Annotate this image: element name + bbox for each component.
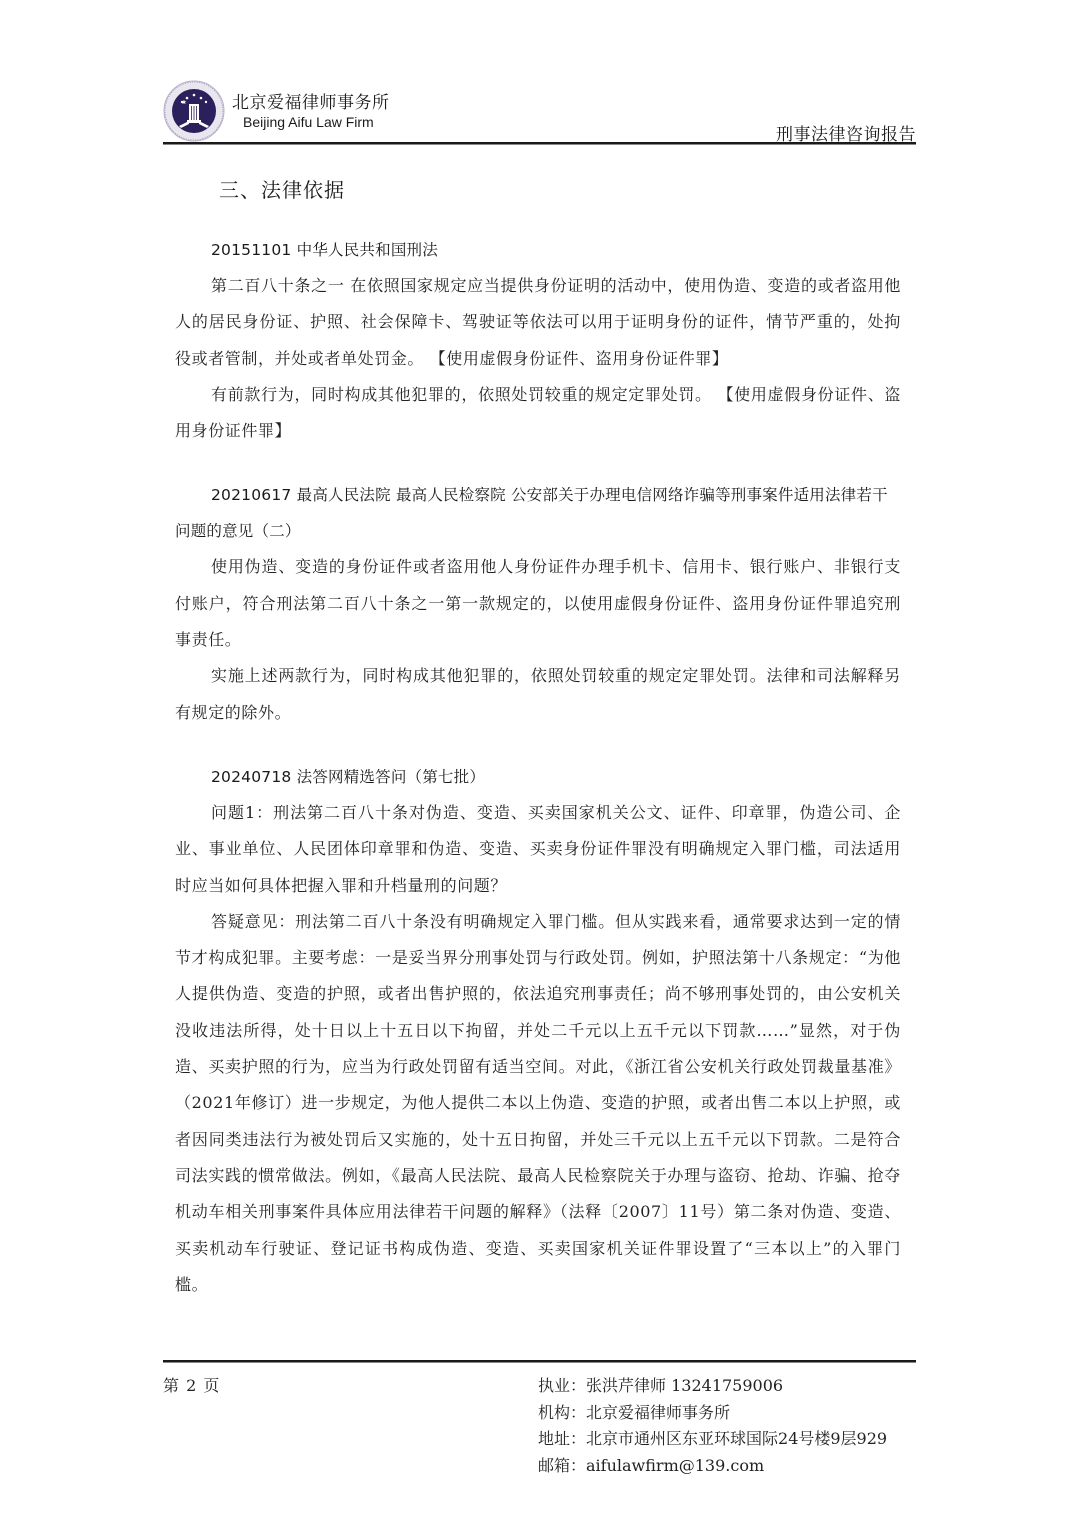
source-paragraph: 有前款行为，同时构成其他犯罪的，依照处罚较重的规定定罪处罚。 【使用虚假身份证件… bbox=[175, 377, 901, 450]
source-title: 20240718 法答网精选答问（第七批） bbox=[175, 759, 901, 795]
contact-email-link[interactable]: aifulawfirm@139.com bbox=[586, 1456, 764, 1475]
law-firm-emblem-icon bbox=[163, 80, 225, 142]
page-number: 第 2 页 bbox=[163, 1373, 220, 1396]
firm-name-en: Beijing Aifu Law Firm bbox=[243, 114, 374, 130]
legal-source-2: 20210617 最高人民法院 最高人民检察院 公安部关于办理电信网络诈骗等刑事… bbox=[175, 477, 901, 730]
legal-source-1: 20151101 中华人民共和国刑法 第二百八十条之一 在依照国家规定应当提供身… bbox=[175, 232, 901, 449]
document-body: 三、法律依据 20151101 中华人民共和国刑法 第二百八十条之一 在依照国家… bbox=[175, 170, 901, 1303]
contact-value: 北京市通州区东亚环球国际24号楼9层929 bbox=[586, 1429, 887, 1448]
contact-value: 张洪芹律师 13241759006 bbox=[586, 1376, 783, 1395]
contact-email: 邮箱：aifulawfirm@139.com bbox=[538, 1453, 928, 1480]
contact-info: 执业：张洪芹律师 13241759006 机构：北京爱福律师事务所 地址：北京市… bbox=[538, 1373, 928, 1479]
firm-name-cn: 北京爱福律师事务所 bbox=[232, 88, 390, 113]
source-paragraph: 使用伪造、变造的身份证件或者盗用他人身份证件办理手机卡、信用卡、银行账户、非银行… bbox=[175, 549, 901, 658]
contact-label: 执业： bbox=[538, 1376, 586, 1395]
source-paragraph: 答疑意见：刑法第二百八十条没有明确规定入罪门槛。但从实践来看，通常要求达到一定的… bbox=[175, 904, 901, 1303]
contact-value: 北京爱福律师事务所 bbox=[586, 1403, 730, 1422]
contact-address: 地址：北京市通州区东亚环球国际24号楼9层929 bbox=[538, 1426, 928, 1453]
contact-practice: 执业：张洪芹律师 13241759006 bbox=[538, 1373, 928, 1400]
legal-source-3: 20240718 法答网精选答问（第七批） 问题1：刑法第二百八十条对伪造、变造… bbox=[175, 759, 901, 1303]
page-header: 北京爱福律师事务所 Beijing Aifu Law Firm 刑事法律咨询报告 bbox=[0, 0, 1080, 150]
contact-label: 邮箱： bbox=[538, 1456, 586, 1475]
header-divider bbox=[163, 142, 916, 145]
section-title: 三、法律依据 bbox=[219, 170, 901, 210]
source-paragraph: 问题1：刑法第二百八十条对伪造、变造、买卖国家机关公文、证件、印章罪，伪造公司、… bbox=[175, 795, 901, 904]
source-title: 20210617 最高人民法院 最高人民检察院 公安部关于办理电信网络诈骗等刑事… bbox=[175, 477, 901, 549]
contact-label: 地址： bbox=[538, 1429, 586, 1448]
contact-organization: 机构：北京爱福律师事务所 bbox=[538, 1400, 928, 1427]
source-title: 20151101 中华人民共和国刑法 bbox=[175, 232, 901, 268]
footer-divider bbox=[163, 1360, 916, 1363]
source-paragraph: 第二百八十条之一 在依照国家规定应当提供身份证明的活动中，使用伪造、变造的或者盗… bbox=[175, 268, 901, 377]
source-paragraph: 实施上述两款行为，同时构成其他犯罪的，依照处罚较重的规定定罪处罚。法律和司法解释… bbox=[175, 658, 901, 731]
contact-label: 机构： bbox=[538, 1403, 586, 1422]
